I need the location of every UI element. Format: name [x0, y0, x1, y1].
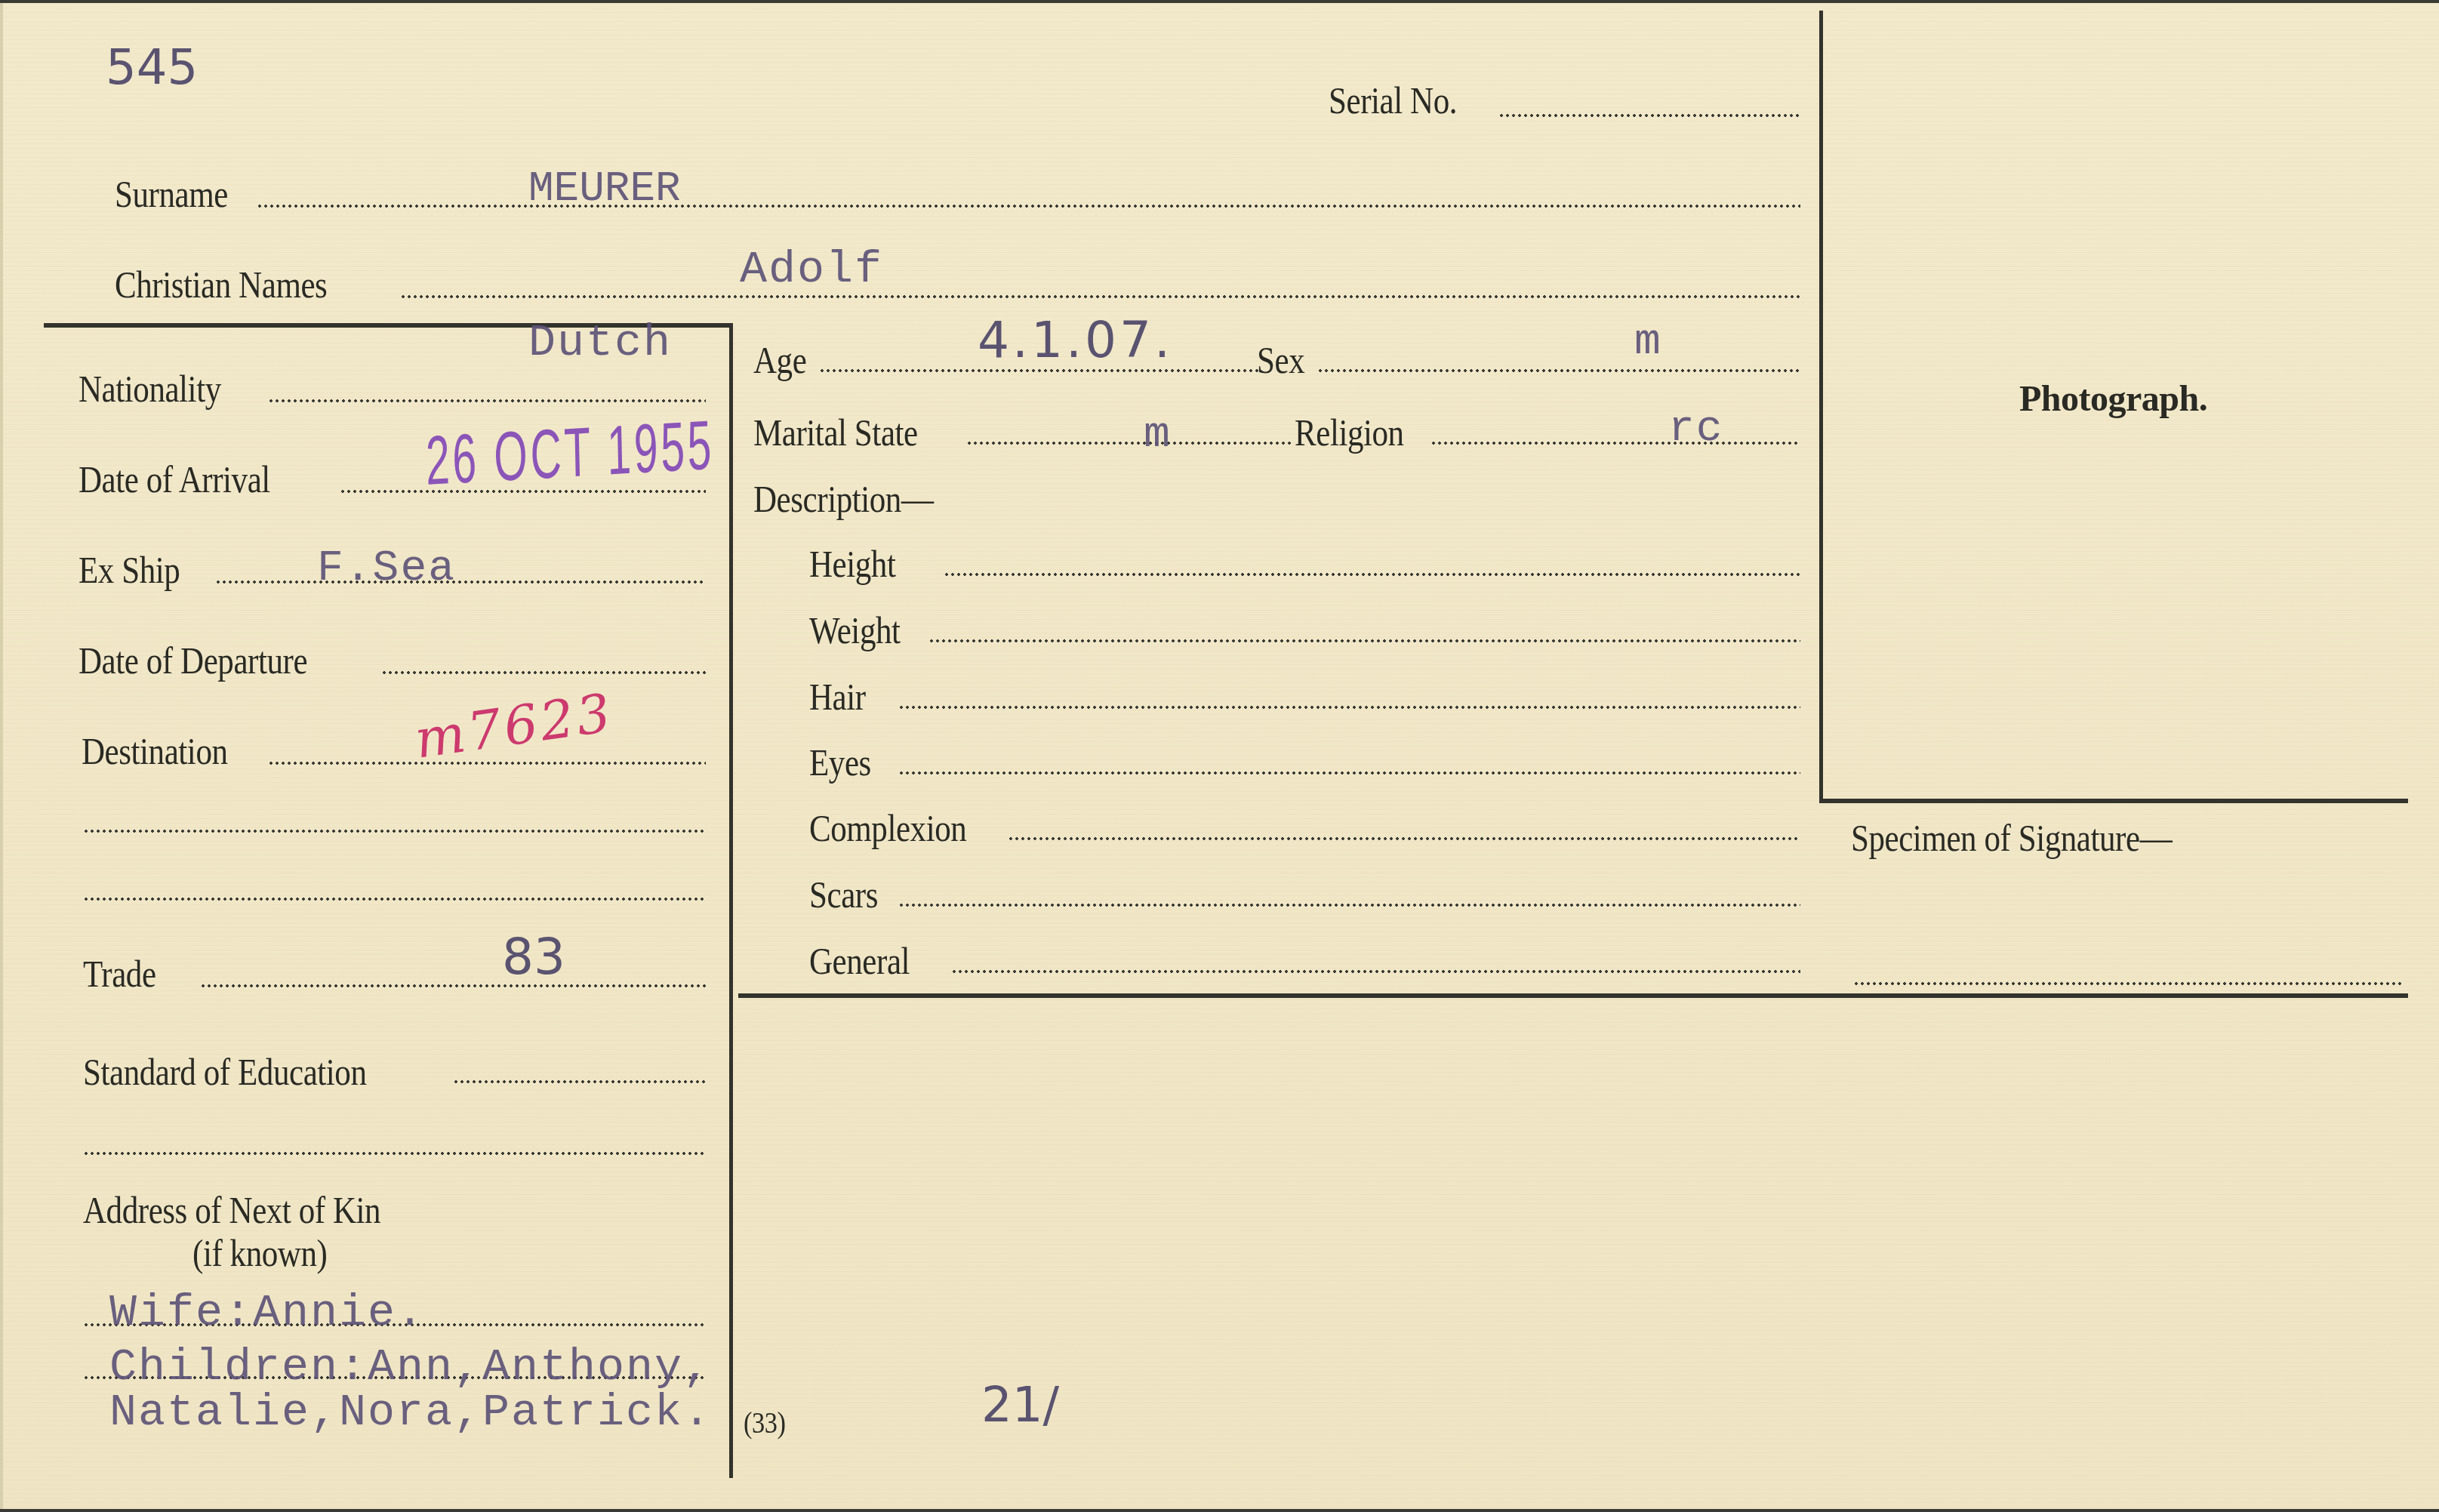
destination-extra-line-2[interactable] [83, 897, 706, 901]
form-code: (33) [744, 1408, 786, 1438]
date-of-arrival-stamp: 26 OCT 1955 [425, 411, 715, 496]
ex-ship-value: F.Sea [317, 547, 456, 591]
date-of-arrival-label: Date of Arrival [79, 460, 270, 498]
next-of-kin-label: Address of Next of Kin [83, 1191, 380, 1229]
hair-field[interactable] [898, 705, 1800, 710]
christian-names-field[interactable] [400, 294, 1800, 299]
destination-value: m7623 [411, 686, 617, 766]
scars-label: Scars [809, 876, 878, 913]
surname-field[interactable] [257, 204, 1800, 208]
destination-label: Destination [82, 732, 228, 770]
religion-value: rc [1668, 408, 1724, 451]
next-of-kin-children-1: Children:Ann,Anthony, [109, 1345, 712, 1390]
signature-label: Specimen of Signature— [1851, 819, 2172, 857]
height-label: Height [809, 545, 895, 583]
general-field[interactable] [951, 969, 1800, 974]
photograph-label: Photograph. [2019, 381, 2207, 417]
marital-state-field[interactable] [966, 441, 1291, 445]
education-extra-line[interactable] [83, 1151, 706, 1156]
signature-field[interactable] [1853, 981, 2404, 986]
general-label: General [809, 942, 910, 980]
eyes-label: Eyes [809, 744, 871, 781]
serial-no-label: Serial No. [1329, 82, 1457, 119]
height-field[interactable] [944, 572, 1800, 577]
christian-names-label: Christian Names [115, 266, 327, 303]
left-box-divider [729, 323, 733, 1478]
weight-field[interactable] [928, 639, 1800, 643]
description-label: Description— [753, 480, 933, 518]
age-value: 4.1.07. [978, 316, 1173, 365]
religion-field[interactable] [1430, 441, 1800, 445]
date-of-departure-field[interactable] [381, 670, 706, 675]
nationality-value: Dutch [528, 321, 672, 366]
next-of-kin-children-2: Natalie,Nora,Patrick. [109, 1390, 712, 1436]
christian-names-value: Adolf [740, 248, 883, 293]
next-of-kin-sublabel: (if known) [192, 1234, 327, 1272]
trade-label: Trade [83, 955, 156, 993]
photo-box-left-rule [1819, 11, 1823, 802]
pencil-note: 21/ [981, 1381, 1059, 1430]
registration-card: 545 Serial No. Surname MEURER Christian … [0, 0, 2439, 1512]
destination-extra-line-1[interactable] [83, 829, 706, 833]
sex-value: m [1634, 321, 1662, 365]
sex-field[interactable] [1317, 368, 1800, 373]
serial-no-field[interactable] [1498, 113, 1800, 118]
card-number: 545 [106, 44, 198, 92]
scars-field[interactable] [898, 903, 1800, 907]
nationality-field[interactable] [268, 399, 706, 403]
age-label: Age [753, 341, 806, 379]
standard-of-education-field[interactable] [453, 1079, 706, 1084]
date-of-departure-label: Date of Departure [79, 642, 307, 679]
hair-label: Hair [809, 678, 866, 716]
complexion-field[interactable] [1008, 836, 1800, 841]
sex-label: Sex [1257, 341, 1304, 379]
destination-field[interactable] [268, 761, 706, 765]
description-bottom-rule [738, 993, 2408, 998]
weight-label: Weight [809, 611, 901, 649]
religion-label: Religion [1295, 414, 1404, 451]
standard-of-education-label: Standard of Education [83, 1053, 366, 1091]
complexion-label: Complexion [809, 809, 966, 847]
nationality-label: Nationality [79, 370, 221, 408]
eyes-field[interactable] [898, 771, 1800, 775]
ex-ship-field[interactable] [215, 580, 706, 584]
trade-value: 83 [502, 932, 565, 982]
surname-value: MEURER [528, 168, 681, 210]
photo-box-bottom-rule [1819, 799, 2408, 803]
trade-field[interactable] [200, 984, 706, 988]
next-of-kin-wife: Wife:Annie. [109, 1291, 425, 1336]
marital-state-value: m [1144, 414, 1172, 457]
ex-ship-label: Ex Ship [79, 551, 180, 589]
surname-label: Surname [115, 175, 228, 213]
marital-state-label: Marital State [753, 414, 918, 451]
